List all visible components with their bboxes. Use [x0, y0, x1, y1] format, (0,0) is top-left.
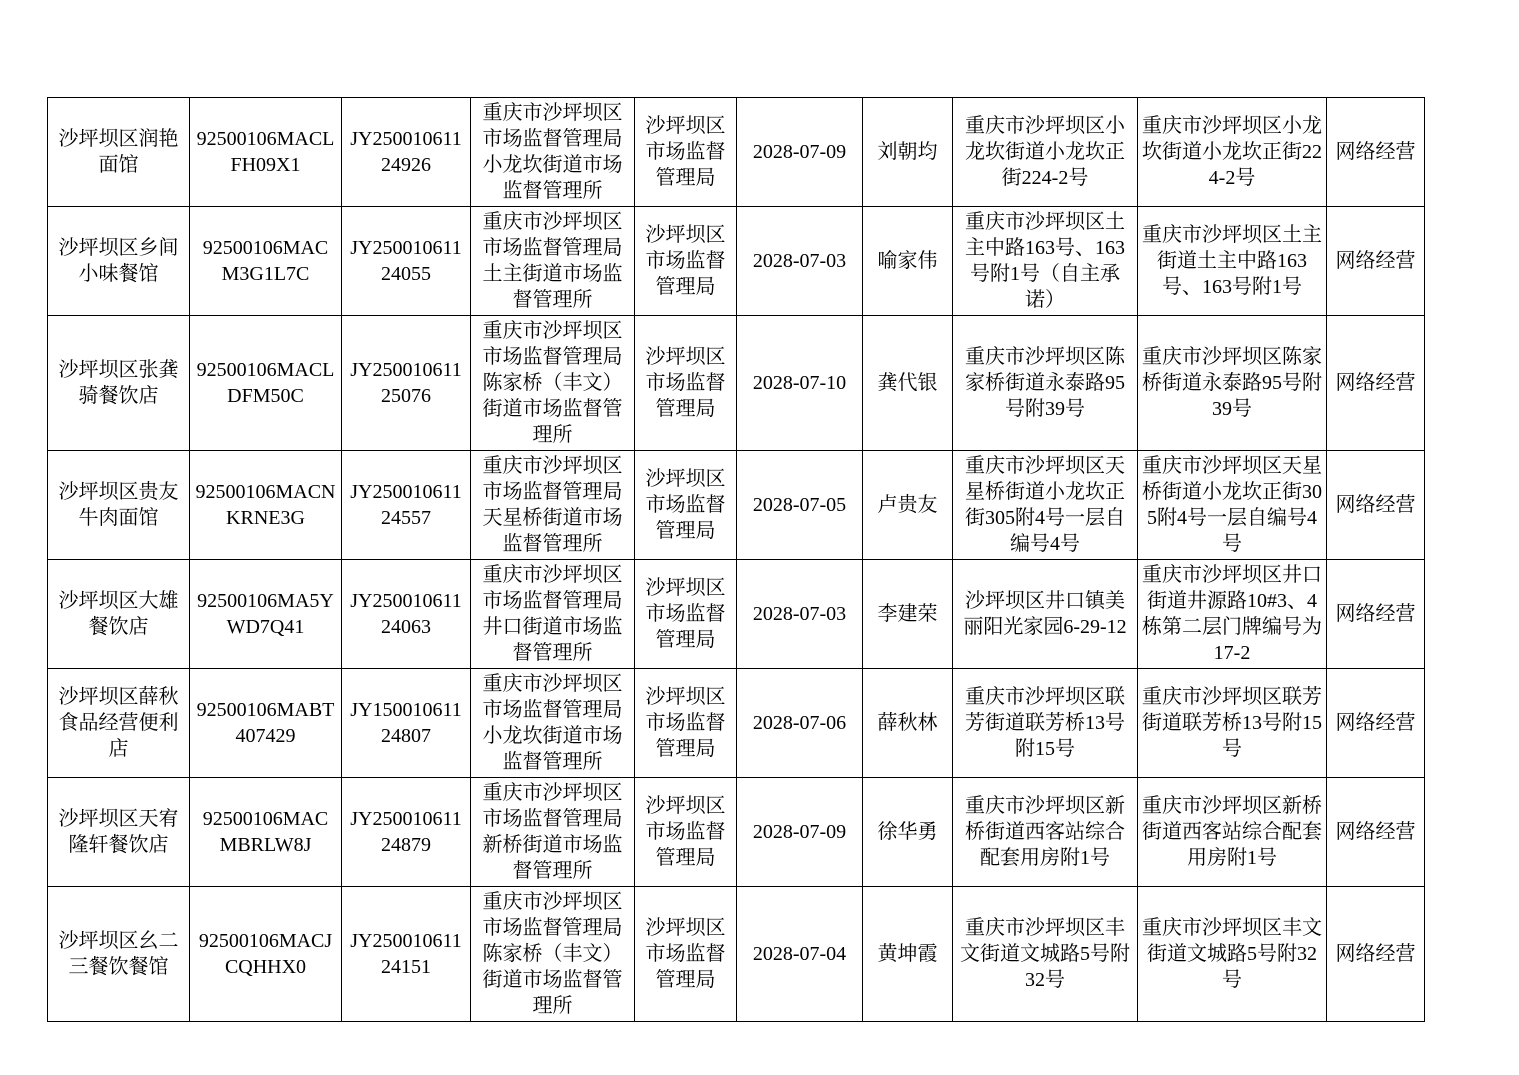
- table-row: 沙坪坝区乡间小味餐馆 92500106MACM3G1L7C JY25001061…: [48, 207, 1425, 316]
- document-page: 沙坪坝区润艳面馆 92500106MACLFH09X1 JY2500106112…: [0, 0, 1519, 1075]
- cell-registered-address: 重庆市沙坪坝区陈家桥街道永泰路95号附39号: [1138, 316, 1327, 451]
- cell-license-number: JY25001061124151: [342, 887, 471, 1022]
- cell-operator-name: 卢贵友: [863, 451, 953, 560]
- cell-issuing-office: 重庆市沙坪坝区市场监督管理局陈家桥（丰文）街道市场监督管理所: [471, 887, 635, 1022]
- table-row: 沙坪坝区润艳面馆 92500106MACLFH09X1 JY2500106112…: [48, 98, 1425, 207]
- cell-shop-name: 沙坪坝区薛秋食品经营便利店: [48, 669, 190, 778]
- cell-registered-address: 重庆市沙坪坝区井口街道井源路10#3、4栋第二层门牌编号为17-2: [1138, 560, 1327, 669]
- cell-valid-date: 2028-07-04: [737, 887, 863, 1022]
- cell-credit-code: 92500106MACMBRLW8J: [190, 778, 342, 887]
- cell-registered-address: 重庆市沙坪坝区土主街道土主中路163号、163号附1号: [1138, 207, 1327, 316]
- cell-issuing-office: 重庆市沙坪坝区市场监督管理局新桥街道市场监督管理所: [471, 778, 635, 887]
- cell-shop-name: 沙坪坝区幺二三餐饮餐馆: [48, 887, 190, 1022]
- cell-bureau: 沙坪坝区市场监督管理局: [635, 451, 737, 560]
- cell-bureau: 沙坪坝区市场监督管理局: [635, 669, 737, 778]
- cell-business-type: 网络经营: [1327, 887, 1425, 1022]
- cell-license-number: JY15001061124807: [342, 669, 471, 778]
- cell-registered-address: 重庆市沙坪坝区丰文街道文城路5号附32号: [1138, 887, 1327, 1022]
- cell-shop-name: 沙坪坝区乡间小味餐馆: [48, 207, 190, 316]
- cell-license-number: JY25001061125076: [342, 316, 471, 451]
- cell-operator-name: 龚代银: [863, 316, 953, 451]
- cell-operator-name: 徐华勇: [863, 778, 953, 887]
- cell-business-type: 网络经营: [1327, 778, 1425, 887]
- cell-bureau: 沙坪坝区市场监督管理局: [635, 778, 737, 887]
- cell-credit-code: 92500106MA5YWD7Q41: [190, 560, 342, 669]
- cell-credit-code: 92500106MACM3G1L7C: [190, 207, 342, 316]
- cell-credit-code: 92500106MACJCQHHX0: [190, 887, 342, 1022]
- cell-credit-code: 92500106MACNKRNE3G: [190, 451, 342, 560]
- table-row: 沙坪坝区幺二三餐饮餐馆 92500106MACJCQHHX0 JY2500106…: [48, 887, 1425, 1022]
- cell-license-number: JY25001061124055: [342, 207, 471, 316]
- cell-credit-code: 92500106MABT407429: [190, 669, 342, 778]
- cell-issuing-office: 重庆市沙坪坝区市场监督管理局小龙坎街道市场监督管理所: [471, 98, 635, 207]
- cell-valid-date: 2028-07-09: [737, 778, 863, 887]
- cell-license-number: JY25001061124063: [342, 560, 471, 669]
- cell-operator-name: 李建荣: [863, 560, 953, 669]
- cell-business-type: 网络经营: [1327, 669, 1425, 778]
- table-row: 沙坪坝区张龚骑餐饮店 92500106MACLDFM50C JY25001061…: [48, 316, 1425, 451]
- cell-business-address: 重庆市沙坪坝区联芳街道联芳桥13号附15号: [953, 669, 1138, 778]
- cell-operator-name: 喻家伟: [863, 207, 953, 316]
- cell-license-number: JY25001061124879: [342, 778, 471, 887]
- cell-shop-name: 沙坪坝区润艳面馆: [48, 98, 190, 207]
- cell-operator-name: 黄坤霞: [863, 887, 953, 1022]
- cell-credit-code: 92500106MACLDFM50C: [190, 316, 342, 451]
- cell-issuing-office: 重庆市沙坪坝区市场监督管理局陈家桥（丰文）街道市场监督管理所: [471, 316, 635, 451]
- cell-business-address: 重庆市沙坪坝区天星桥街道小龙坎正街305附4号一层自编号4号: [953, 451, 1138, 560]
- cell-business-type: 网络经营: [1327, 560, 1425, 669]
- cell-bureau: 沙坪坝区市场监督管理局: [635, 560, 737, 669]
- cell-valid-date: 2028-07-06: [737, 669, 863, 778]
- cell-bureau: 沙坪坝区市场监督管理局: [635, 887, 737, 1022]
- cell-business-type: 网络经营: [1327, 207, 1425, 316]
- cell-business-address: 重庆市沙坪坝区新桥街道西客站综合配套用房附1号: [953, 778, 1138, 887]
- cell-issuing-office: 重庆市沙坪坝区市场监督管理局小龙坎街道市场监督管理所: [471, 669, 635, 778]
- table-row: 沙坪坝区贵友牛肉面馆 92500106MACNKRNE3G JY25001061…: [48, 451, 1425, 560]
- cell-license-number: JY25001061124926: [342, 98, 471, 207]
- cell-registered-address: 重庆市沙坪坝区新桥街道西客站综合配套用房附1号: [1138, 778, 1327, 887]
- cell-valid-date: 2028-07-03: [737, 207, 863, 316]
- cell-business-type: 网络经营: [1327, 316, 1425, 451]
- cell-bureau: 沙坪坝区市场监督管理局: [635, 98, 737, 207]
- cell-shop-name: 沙坪坝区天宥隆轩餐饮店: [48, 778, 190, 887]
- cell-business-address: 重庆市沙坪坝区小龙坎街道小龙坎正街224-2号: [953, 98, 1138, 207]
- cell-operator-name: 刘朝均: [863, 98, 953, 207]
- cell-bureau: 沙坪坝区市场监督管理局: [635, 316, 737, 451]
- cell-business-address: 重庆市沙坪坝区陈家桥街道永泰路95号附39号: [953, 316, 1138, 451]
- cell-issuing-office: 重庆市沙坪坝区市场监督管理局井口街道市场监督管理所: [471, 560, 635, 669]
- cell-business-address: 沙坪坝区井口镇美丽阳光家园6-29-12: [953, 560, 1138, 669]
- cell-business-address: 重庆市沙坪坝区丰文街道文城路5号附32号: [953, 887, 1138, 1022]
- cell-registered-address: 重庆市沙坪坝区天星桥街道小龙坎正街305附4号一层自编号4号: [1138, 451, 1327, 560]
- cell-registered-address: 重庆市沙坪坝区小龙坎街道小龙坎正街224-2号: [1138, 98, 1327, 207]
- cell-registered-address: 重庆市沙坪坝区联芳街道联芳桥13号附15号: [1138, 669, 1327, 778]
- cell-bureau: 沙坪坝区市场监督管理局: [635, 207, 737, 316]
- cell-credit-code: 92500106MACLFH09X1: [190, 98, 342, 207]
- cell-valid-date: 2028-07-03: [737, 560, 863, 669]
- table-row: 沙坪坝区大雄餐饮店 92500106MA5YWD7Q41 JY250010611…: [48, 560, 1425, 669]
- cell-shop-name: 沙坪坝区张龚骑餐饮店: [48, 316, 190, 451]
- cell-license-number: JY25001061124557: [342, 451, 471, 560]
- cell-issuing-office: 重庆市沙坪坝区市场监督管理局天星桥街道市场监督管理所: [471, 451, 635, 560]
- cell-issuing-office: 重庆市沙坪坝区市场监督管理局土主街道市场监督管理所: [471, 207, 635, 316]
- cell-valid-date: 2028-07-05: [737, 451, 863, 560]
- cell-business-address: 重庆市沙坪坝区土主中路163号、163号附1号（自主承诺）: [953, 207, 1138, 316]
- cell-shop-name: 沙坪坝区贵友牛肉面馆: [48, 451, 190, 560]
- cell-shop-name: 沙坪坝区大雄餐饮店: [48, 560, 190, 669]
- cell-operator-name: 薛秋林: [863, 669, 953, 778]
- cell-valid-date: 2028-07-09: [737, 98, 863, 207]
- cell-business-type: 网络经营: [1327, 451, 1425, 560]
- cell-valid-date: 2028-07-10: [737, 316, 863, 451]
- food-license-table: 沙坪坝区润艳面馆 92500106MACLFH09X1 JY2500106112…: [47, 97, 1425, 1022]
- table-body: 沙坪坝区润艳面馆 92500106MACLFH09X1 JY2500106112…: [48, 98, 1425, 1022]
- cell-business-type: 网络经营: [1327, 98, 1425, 207]
- table-row: 沙坪坝区天宥隆轩餐饮店 92500106MACMBRLW8J JY2500106…: [48, 778, 1425, 887]
- table-row: 沙坪坝区薛秋食品经营便利店 92500106MABT407429 JY15001…: [48, 669, 1425, 778]
